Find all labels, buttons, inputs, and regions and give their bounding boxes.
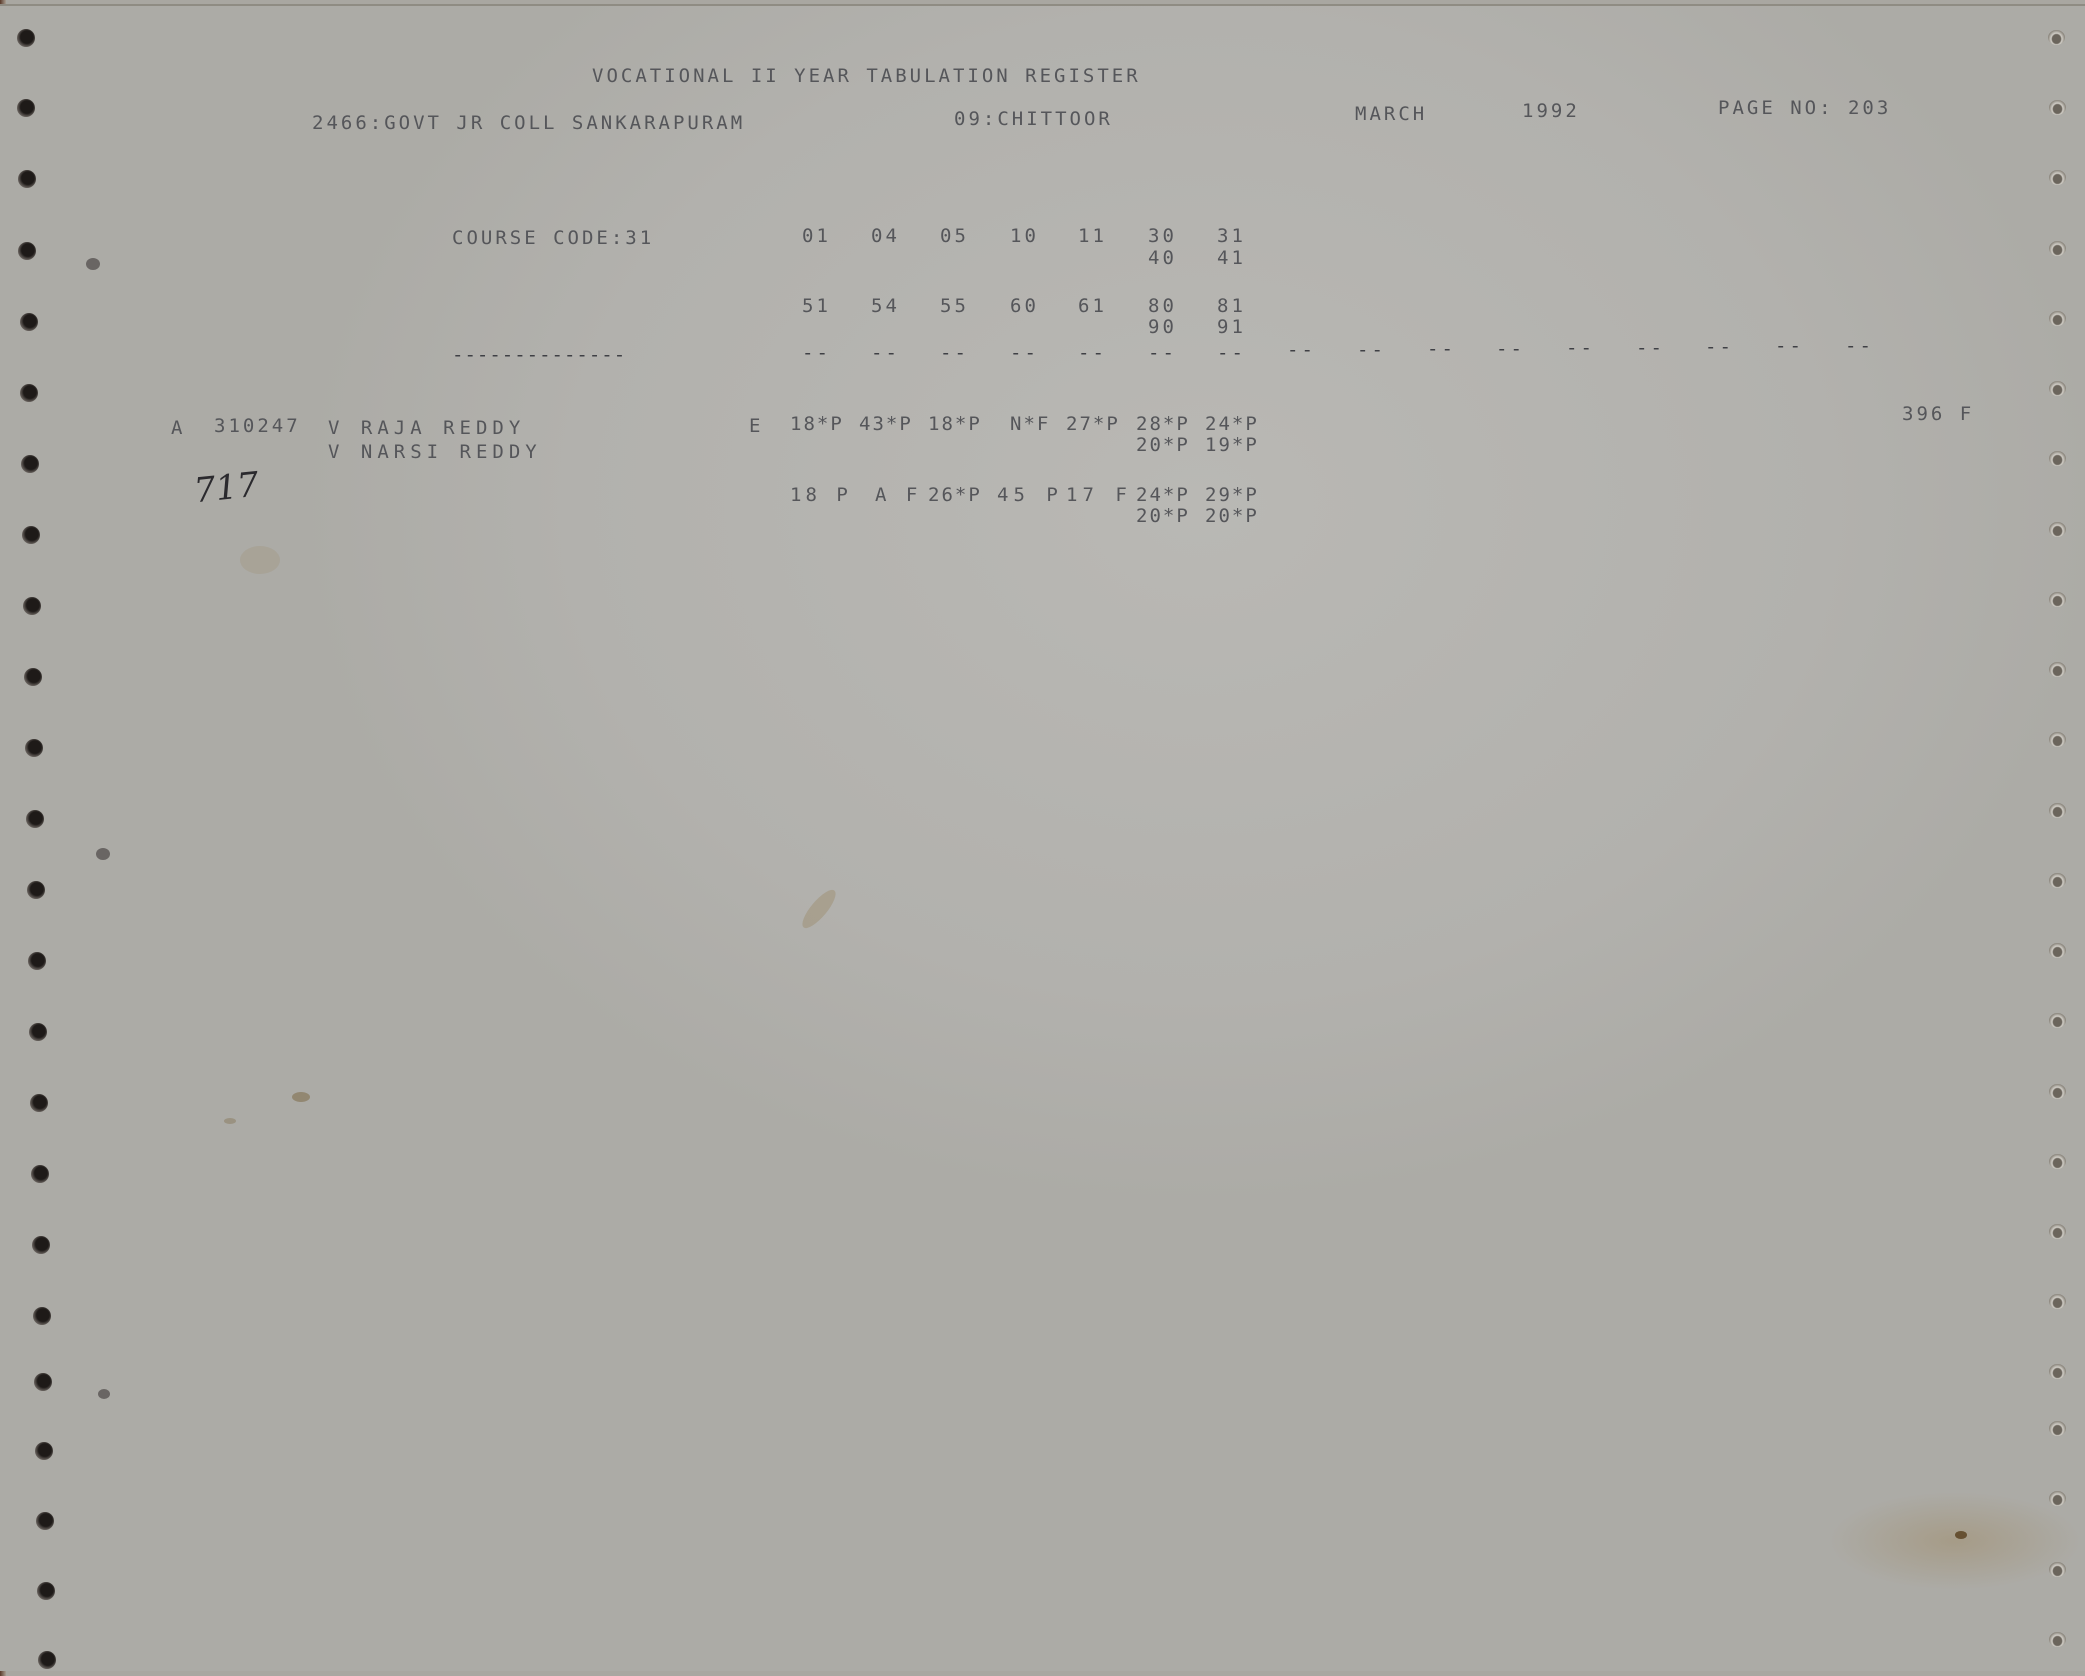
punch-hole	[2049, 1224, 2066, 1239]
punch-hole	[2048, 30, 2065, 45]
punch-hole	[2049, 100, 2066, 115]
subject-code: 40	[1148, 247, 1177, 269]
punch-hole	[23, 597, 41, 615]
punch-hole	[2049, 381, 2066, 396]
subject-code: 10	[1010, 225, 1039, 247]
punch-hole	[37, 1582, 55, 1600]
stain	[240, 546, 280, 574]
mark-cell: 45 P	[997, 484, 1063, 506]
subject-code: 55	[940, 295, 969, 317]
punch-hole	[18, 170, 36, 188]
column-separator: --	[1287, 339, 1316, 361]
punch-hole	[2049, 732, 2066, 747]
subject-code: 91	[1217, 316, 1246, 338]
punch-hole	[2049, 1154, 2066, 1169]
mark-cell: 20*P	[1136, 434, 1190, 456]
punch-hole	[2049, 1294, 2066, 1309]
mark-cell: 20*P	[1136, 505, 1190, 527]
column-separator: --	[1010, 342, 1039, 364]
column-separator: --	[1357, 339, 1386, 361]
column-separator: --	[802, 342, 831, 364]
punch-hole	[20, 384, 38, 402]
medium: E	[749, 415, 763, 437]
punch-hole	[2049, 451, 2066, 466]
column-separator: --	[1427, 338, 1456, 360]
subject-code: 11	[1078, 225, 1107, 247]
punch-hole	[2049, 1421, 2066, 1436]
subject-code: 05	[940, 225, 969, 247]
mark-cell: 28*P	[1136, 413, 1190, 435]
column-separator: --	[1217, 342, 1246, 364]
stain	[292, 1092, 310, 1102]
punch-hole	[2049, 1491, 2066, 1506]
subject-code: 51	[802, 295, 831, 317]
subject-code: 30	[1148, 225, 1177, 247]
hall-ticket-number: 310247	[214, 415, 301, 437]
punch-hole	[21, 455, 39, 473]
column-separator: --	[1845, 335, 1874, 357]
mark-cell: 29*P	[1205, 484, 1259, 506]
punch-hole	[18, 242, 36, 260]
punch-hole	[2049, 873, 2066, 888]
punch-hole	[36, 1512, 54, 1530]
mark-cell: 24*P	[1136, 484, 1190, 506]
mark-cell: 19*P	[1205, 434, 1259, 456]
subject-code: 90	[1148, 316, 1177, 338]
punch-hole	[2049, 1364, 2066, 1379]
punch-hole	[34, 1373, 52, 1391]
page-number: PAGE NO: 203	[1718, 97, 1891, 119]
course-code: COURSE CODE:31	[452, 227, 654, 249]
tear-mark	[96, 848, 110, 860]
subject-code: 54	[871, 295, 900, 317]
punch-hole	[2049, 943, 2066, 958]
column-separator: --	[1775, 335, 1804, 357]
punch-hole	[20, 313, 38, 331]
mark-cell: 18 P	[790, 484, 852, 506]
column-separator: --	[1636, 337, 1665, 359]
column-separator: --	[871, 342, 900, 364]
punch-hole	[27, 881, 45, 899]
punch-hole	[2049, 1632, 2066, 1647]
punch-hole	[2049, 311, 2066, 326]
punch-hole	[38, 1651, 56, 1669]
mark-cell: 18*P	[928, 413, 982, 435]
punch-hole	[31, 1165, 49, 1183]
tear-mark	[98, 1389, 110, 1399]
exam-year: 1992	[1522, 100, 1580, 122]
mark-cell: 20*P	[1205, 505, 1259, 527]
punch-hole	[32, 1236, 50, 1254]
punch-hole	[24, 668, 42, 686]
mark-cell: 27*P	[1066, 413, 1120, 435]
punch-hole	[2049, 592, 2066, 607]
punch-hole	[2049, 1013, 2066, 1028]
punch-hole	[29, 1023, 47, 1041]
column-separator: --	[940, 342, 969, 364]
punch-hole	[2049, 241, 2066, 256]
punch-hole	[26, 810, 44, 828]
subject-code: 01	[802, 225, 831, 247]
punch-hole	[30, 1094, 48, 1112]
stain	[1955, 1531, 1967, 1539]
punch-hole	[22, 526, 40, 544]
mark-cell: N*F	[1010, 413, 1050, 435]
punch-hole	[2049, 1562, 2066, 1577]
punch-hole	[28, 952, 46, 970]
stain	[224, 1118, 236, 1124]
punch-hole	[2049, 803, 2066, 818]
total-result: 396 F	[1902, 403, 1974, 425]
column-separator: --	[1148, 342, 1177, 364]
stain	[797, 885, 840, 932]
punch-hole	[2049, 662, 2066, 677]
mark-cell: A F	[875, 484, 921, 506]
subject-code: 31	[1217, 225, 1246, 247]
document-title: VOCATIONAL II YEAR TABULATION REGISTER	[592, 65, 1141, 87]
mark-cell: 17 F	[1066, 484, 1132, 506]
punch-hole	[17, 99, 35, 117]
handwritten-note: 717	[192, 465, 261, 512]
separator-line: --------------	[452, 344, 626, 366]
punch-hole	[17, 29, 35, 47]
subject-code: 80	[1148, 295, 1177, 317]
student-group: A	[171, 417, 185, 439]
exam-month: MARCH	[1355, 103, 1427, 125]
punch-hole	[2049, 170, 2066, 185]
column-separator: --	[1496, 338, 1525, 360]
subject-code: 61	[1078, 295, 1107, 317]
punch-hole	[35, 1442, 53, 1460]
punch-hole	[33, 1307, 51, 1325]
college-name: 2466:GOVT JR COLL SANKARAPURAM	[312, 112, 745, 134]
district-name: 09:CHITTOOR	[954, 108, 1113, 130]
punch-hole	[2049, 522, 2066, 537]
punch-hole	[25, 739, 43, 757]
mark-cell: 26*P	[928, 484, 982, 506]
column-separator: --	[1566, 337, 1595, 359]
student-name: V RAJA REDDY	[328, 417, 525, 439]
subject-code: 04	[871, 225, 900, 247]
punch-hole	[2049, 1084, 2066, 1099]
tear-mark	[86, 258, 100, 270]
tabulation-sheet: VOCATIONAL II YEAR TABULATION REGISTER 2…	[0, 4, 2085, 1671]
mark-cell: 24*P	[1205, 413, 1259, 435]
father-name: V NARSI REDDY	[328, 441, 542, 463]
subject-code: 81	[1217, 295, 1246, 317]
mark-cell: 43*P	[859, 413, 913, 435]
subject-code: 60	[1010, 295, 1039, 317]
mark-cell: 18*P	[790, 413, 844, 435]
subject-code: 41	[1217, 247, 1246, 269]
column-separator: --	[1078, 342, 1107, 364]
column-separator: --	[1705, 336, 1734, 358]
